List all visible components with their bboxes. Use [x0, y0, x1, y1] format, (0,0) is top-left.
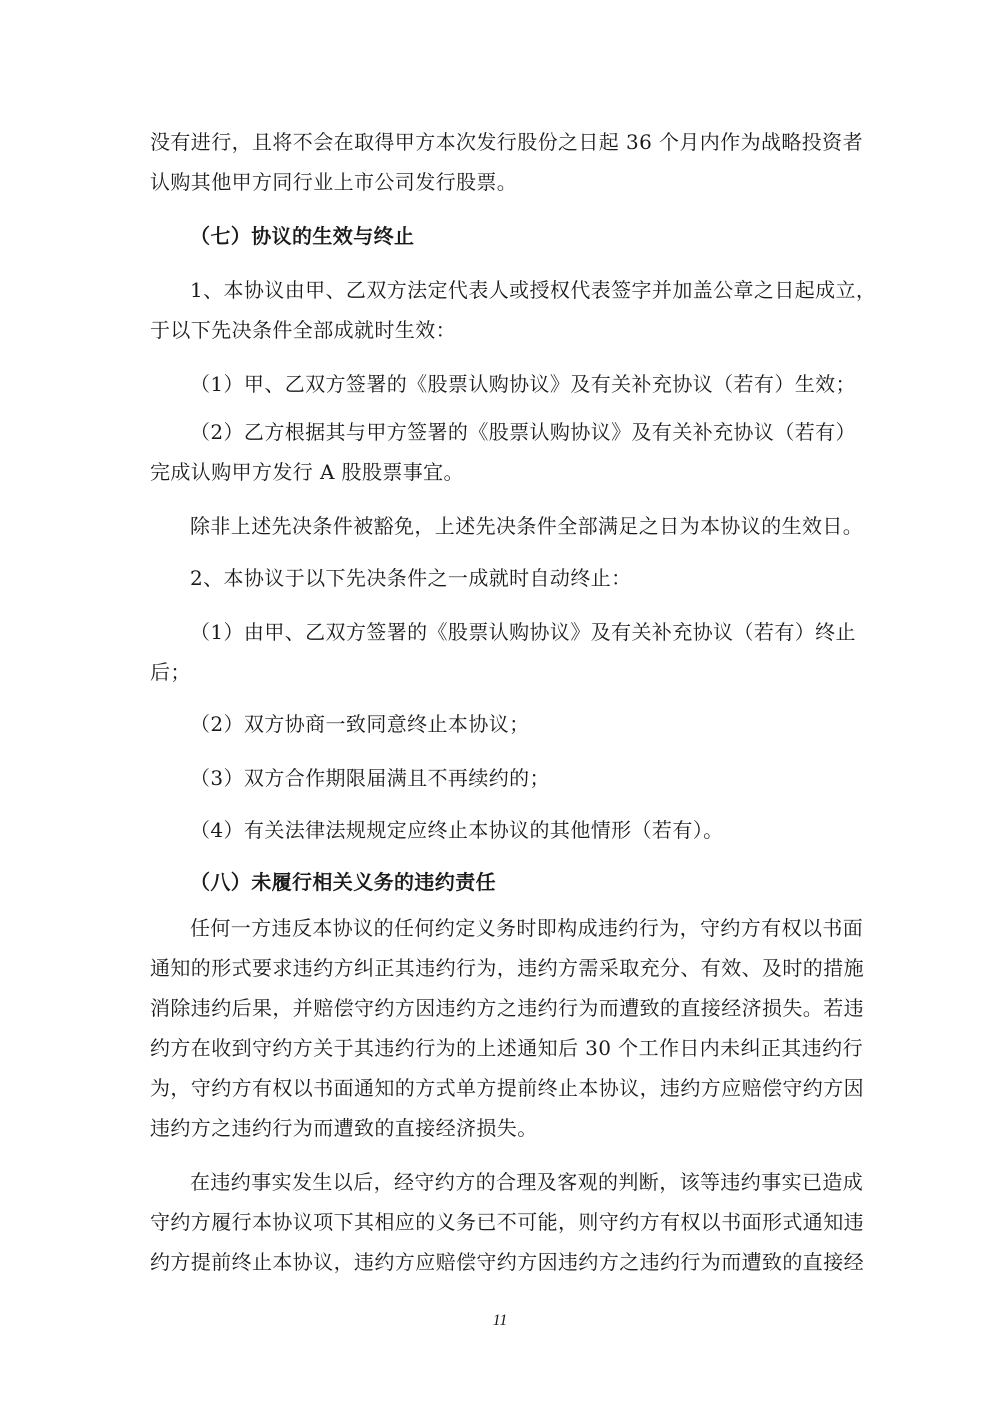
paragraph-line: 约方在收到守约方关于其违约行为的上述通知后 30 个工作日内未纠正其违约行: [150, 1034, 863, 1062]
paragraph-line: 2、本协议于以下先决条件之一成就时自动终止：: [190, 564, 632, 592]
paragraph-line: 通知的形式要求违约方纠正其违约行为，违约方需采取充分、有效、及时的措施: [150, 954, 864, 982]
paragraph-line: 在违约事实发生以后，经守约方的合理及客观的判断，该等违约事实已造成: [190, 1168, 863, 1196]
paragraph-line: 消除违约后果，并赔偿守约方因违约方之违约行为而遭致的直接经济损失。若违: [150, 994, 864, 1022]
paragraph-line: 为，守约方有权以书面通知的方式单方提前终止本协议，违约方应赔偿守约方因: [150, 1074, 864, 1102]
section-heading-8: （八）未履行相关义务的违约责任: [190, 868, 496, 896]
paragraph-line: 除非上述先决条件被豁免，上述先决条件全部满足之日为本协议的生效日。: [190, 512, 863, 540]
paragraph-line: 认购其他甲方同行业上市公司发行股票。: [150, 168, 517, 196]
paragraph-line: 后；: [150, 658, 191, 686]
paragraph-line: 完成认购甲方发行 A 股股票事宜。: [150, 458, 464, 486]
section-heading-7: （七）协议的生效与终止: [190, 222, 414, 250]
paragraph-line: 守约方履行本协议项下其相应的义务已不可能，则守约方有权以书面形式通知违: [150, 1208, 864, 1236]
paragraph-line: 任何一方违反本协议的任何约定义务时即构成违约行为，守约方有权以书面: [190, 914, 863, 942]
paragraph-line: 1、本协议由甲、乙双方法定代表人或授权代表签字并加盖公章之日起成立，: [190, 276, 876, 304]
list-item: （4）有关法律法规规定应终止本协议的其他情形（若有）。: [190, 816, 724, 844]
list-item: （3）双方合作期限届满且不再续约的；: [190, 764, 550, 792]
list-item: （2）乙方根据其与甲方签署的《股票认购协议》及有关补充协议（若有）: [190, 418, 856, 446]
document-page: 没有进行，且将不会在取得甲方本次发行股份之日起 36 个月内作为战略投资者 认购…: [0, 0, 1000, 1414]
list-item: （1）甲、乙双方签署的《股票认购协议》及有关补充协议（若有）生效；: [190, 370, 856, 398]
list-item: （2）双方协商一致同意终止本协议；: [190, 710, 530, 738]
list-item: （1）由甲、乙双方签署的《股票认购协议》及有关补充协议（若有）终止: [190, 618, 856, 646]
paragraph-line: 于以下先决条件全部成就时生效：: [150, 316, 456, 344]
page-number: 11: [0, 1312, 1000, 1330]
paragraph-line: 违约方之违约行为而遭致的直接经济损失。: [150, 1114, 538, 1142]
paragraph-line: 约方提前终止本协议，违约方应赔偿守约方因违约方之违约行为而遭致的直接经: [150, 1248, 864, 1276]
paragraph-line: 没有进行，且将不会在取得甲方本次发行股份之日起 36 个月内作为战略投资者: [150, 128, 863, 156]
